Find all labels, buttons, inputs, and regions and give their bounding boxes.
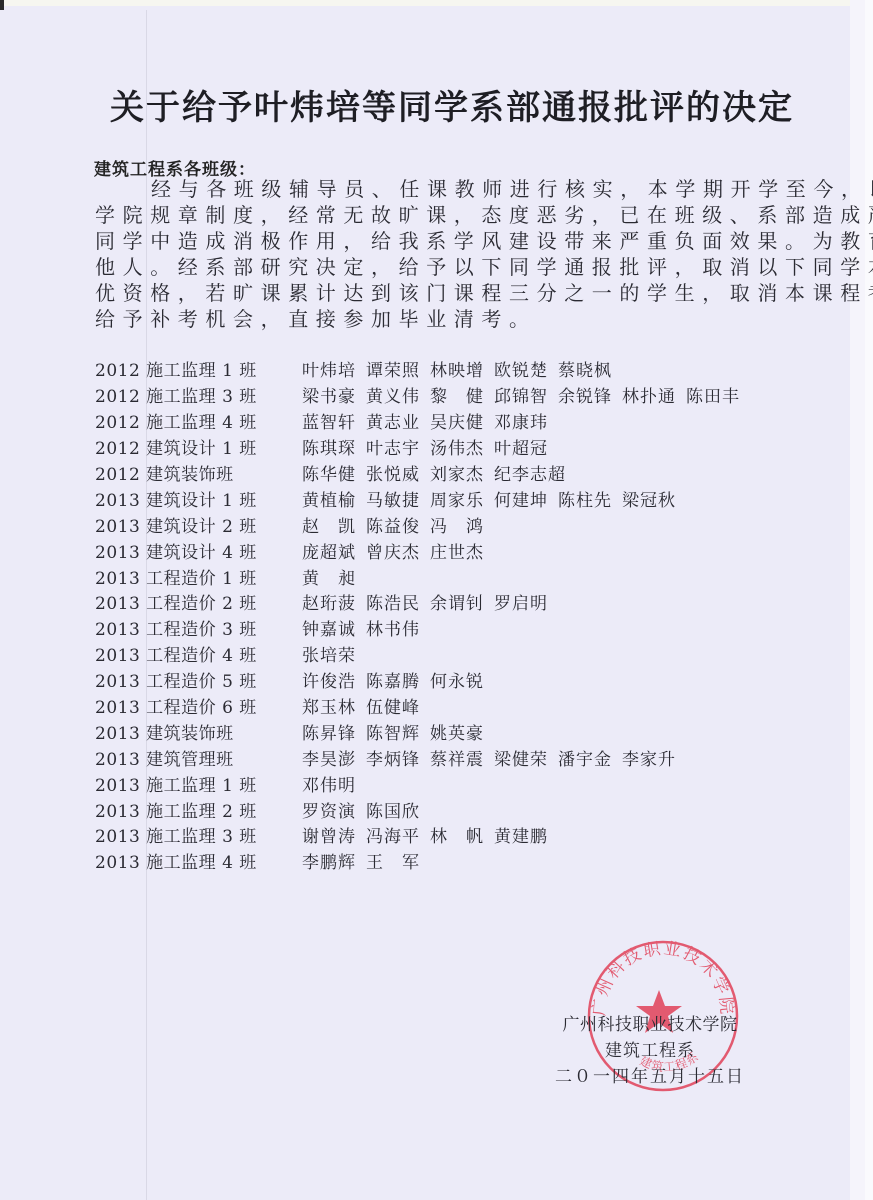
- roster-row: 2013 建筑设计 4 班庞超斌曾庆杰庄世杰: [95, 537, 815, 563]
- student-names: 陈华健张悦威刘家杰纪李志超: [302, 460, 566, 485]
- student-names: 赵珩菠陈浩民余谓钊罗启明: [302, 589, 548, 614]
- student-name: 梁冠秋: [622, 486, 676, 511]
- student-name: 蓝智轩: [302, 408, 356, 433]
- class-name: 2013 工程造价 3 班: [95, 615, 302, 640]
- student-name: 王 军: [366, 848, 420, 873]
- class-name: 2013 工程造价 5 班: [95, 667, 302, 692]
- student-name: 欧锐楚: [494, 356, 548, 381]
- class-name: 2013 工程造价 6 班: [95, 693, 302, 718]
- class-name: 2013 建筑设计 2 班: [95, 512, 302, 537]
- student-names: 陈昇锋陈智辉姚英豪: [302, 719, 484, 744]
- class-name: 2013 工程造价 1 班: [95, 564, 302, 589]
- student-name: 刘家杰: [430, 460, 484, 485]
- student-name: 潘宇金: [558, 745, 612, 770]
- student-name: 黎 健: [430, 382, 484, 407]
- student-name: 邓伟明: [302, 771, 356, 796]
- student-name: 林扑通: [622, 382, 676, 407]
- student-name: 何建坤: [494, 486, 548, 511]
- student-names: 谢曾涛冯海平林 帆黄建鹏: [302, 822, 548, 847]
- class-name: 2013 工程造价 4 班: [95, 641, 302, 666]
- roster-row: 2013 施工监理 4 班李鹏辉王 军: [95, 848, 815, 874]
- class-name: 2013 施工监理 2 班: [95, 797, 302, 822]
- student-name: 陈益俊: [366, 512, 420, 537]
- student-name: 纪李志超: [494, 460, 566, 485]
- class-name: 2013 建筑设计 1 班: [95, 486, 302, 511]
- student-name: 曾庆杰: [366, 538, 420, 563]
- student-names: 钟嘉诚林书伟: [302, 615, 420, 640]
- student-name: 邱锦智: [494, 382, 548, 407]
- roster-row: 2013 工程造价 6 班郑玉林伍健峰: [95, 693, 815, 719]
- class-name: 2012 建筑装饰班: [95, 460, 302, 485]
- student-name: 余谓钊: [430, 589, 484, 614]
- student-name: 黄建鹏: [494, 822, 548, 847]
- student-names: 张培荣: [302, 641, 356, 666]
- student-name: 汤伟杰: [430, 434, 484, 459]
- body-line: 同学中造成消极作用，给我系学风建设带来严重负面效果。为教育本人，警示: [95, 228, 785, 254]
- student-name: 林书伟: [366, 615, 420, 640]
- student-names: 梁书豪黄义伟黎 健邱锦智余锐锋林扑通陈田丰: [302, 382, 740, 407]
- student-name: 陈浩民: [366, 589, 420, 614]
- signature-organization: 广州科技职业技术学院: [530, 1012, 770, 1038]
- student-names: 叶炜培谭荣照林映增欧锐楚蔡晓枫: [302, 356, 612, 381]
- student-names: 黄植榆马敏捷周家乐何建坤陈柱先梁冠秋: [302, 486, 676, 511]
- student-name: 黄植榆: [302, 486, 356, 511]
- roster-row: 2012 建筑装饰班陈华健张悦威刘家杰纪李志超: [95, 460, 815, 486]
- roster-row: 2013 工程造价 4 班张培荣: [95, 641, 815, 667]
- signature-department: 建筑工程系: [530, 1038, 770, 1064]
- roster-row: 2013 施工监理 2 班罗资演陈国欣: [95, 796, 815, 822]
- class-name: 2012 建筑设计 1 班: [95, 434, 302, 459]
- roster-row: 2012 建筑设计 1 班陈琪琛叶志宇汤伟杰叶超冠: [95, 434, 815, 460]
- student-name: 马敏捷: [366, 486, 420, 511]
- student-name: 陈田丰: [686, 382, 740, 407]
- class-name: 2012 施工监理 3 班: [95, 382, 302, 407]
- student-names: 罗资演陈国欣: [302, 797, 420, 822]
- student-name: 庄世杰: [430, 538, 484, 563]
- class-name: 2013 建筑装饰班: [95, 719, 302, 744]
- student-name: 周家乐: [430, 486, 484, 511]
- student-name: 黄 昶: [302, 564, 356, 589]
- student-names: 赵 凯陈益俊冯 鸿: [302, 512, 484, 537]
- student-name: 吴庆健: [430, 408, 484, 433]
- student-name: 蔡晓枫: [558, 356, 612, 381]
- class-name: 2013 施工监理 1 班: [95, 771, 302, 796]
- roster-row: 2013 工程造价 3 班钟嘉诚林书伟: [95, 615, 815, 641]
- roster-row: 2013 施工监理 1 班邓伟明: [95, 770, 815, 796]
- roster-row: 2013 工程造价 5 班许俊浩陈嘉腾何永锐: [95, 667, 815, 693]
- student-roster: 2012 施工监理 1 班叶炜培谭荣照林映增欧锐楚蔡晓枫2012 施工监理 3 …: [95, 356, 815, 874]
- student-name: 林 帆: [430, 822, 484, 847]
- student-names: 李鹏辉王 军: [302, 848, 420, 873]
- student-name: 陈国欣: [366, 797, 420, 822]
- class-name: 2013 建筑设计 4 班: [95, 538, 302, 563]
- student-name: 叶志宇: [366, 434, 420, 459]
- student-name: 郑玉林: [302, 693, 356, 718]
- student-name: 许俊浩: [302, 667, 356, 692]
- class-name: 2013 施工监理 3 班: [95, 822, 302, 847]
- student-name: 冯海平: [366, 822, 420, 847]
- student-names: 蓝智轩黄志业吴庆健邓康玮: [302, 408, 548, 433]
- student-name: 赵珩菠: [302, 589, 356, 614]
- student-name: 伍健峰: [366, 693, 420, 718]
- svg-text:广州科技职业技术学院: 广州科技职业技术学院: [589, 939, 736, 1017]
- student-name: 林映增: [430, 356, 484, 381]
- student-name: 蔡祥震: [430, 745, 484, 770]
- student-name: 梁书豪: [302, 382, 356, 407]
- student-name: 李炳锋: [366, 745, 420, 770]
- body-line: 优资格，若旷课累计达到该门课程三分之一的学生，取消本课程考试资格，不: [95, 280, 785, 306]
- student-name: 余锐锋: [558, 382, 612, 407]
- roster-row: 2012 施工监理 3 班梁书豪黄义伟黎 健邱锦智余锐锋林扑通陈田丰: [95, 382, 815, 408]
- body-line: 经与各班级辅导员、任课教师进行核实，本学期开学至今，以下同学无视: [95, 176, 785, 202]
- student-name: 陈琪琛: [302, 434, 356, 459]
- body-line: 他人。经系部研究决定，给予以下同学通报批评，取消以下同学本学期评奖评: [95, 254, 785, 280]
- student-name: 黄志业: [366, 408, 420, 433]
- student-names: 许俊浩陈嘉腾何永锐: [302, 667, 484, 692]
- class-name: 2013 工程造价 2 班: [95, 589, 302, 614]
- roster-row: 2013 建筑装饰班陈昇锋陈智辉姚英豪: [95, 718, 815, 744]
- student-name: 冯 鸿: [430, 512, 484, 537]
- student-name: 李昊澎: [302, 745, 356, 770]
- student-name: 庞超斌: [302, 538, 356, 563]
- student-name: 张培荣: [302, 641, 356, 666]
- student-names: 陈琪琛叶志宇汤伟杰叶超冠: [302, 434, 548, 459]
- roster-row: 2013 工程造价 2 班赵珩菠陈浩民余谓钊罗启明: [95, 589, 815, 615]
- student-names: 郑玉林伍健峰: [302, 693, 420, 718]
- body-line: 给予补考机会，直接参加毕业清考。: [95, 306, 785, 332]
- student-name: 谢曾涛: [302, 822, 356, 847]
- student-name: 梁健荣: [494, 745, 548, 770]
- class-name: 2013 施工监理 4 班: [95, 848, 302, 873]
- student-name: 陈昇锋: [302, 719, 356, 744]
- seal-ring-text: 广州科技职业技术学院: [589, 939, 736, 1017]
- student-name: 罗启明: [494, 589, 548, 614]
- roster-row: 2013 建筑设计 2 班赵 凯陈益俊冯 鸿: [95, 511, 815, 537]
- signature-block: 广州科技职业技术学院 建筑工程系 二０一四年五月十五日: [530, 1012, 770, 1090]
- student-name: 钟嘉诚: [302, 615, 356, 640]
- scan-top-edge: [0, 0, 873, 6]
- student-name: 张悦威: [366, 460, 420, 485]
- student-names: 李昊澎李炳锋蔡祥震梁健荣潘宇金李家升: [302, 745, 676, 770]
- body-line: 学院规章制度，经常无故旷课，态度恶劣，已在班级、系部造成严重影响，在: [95, 202, 785, 228]
- student-name: 赵 凯: [302, 512, 356, 537]
- student-names: 邓伟明: [302, 771, 356, 796]
- student-name: 陈嘉腾: [366, 667, 420, 692]
- roster-row: 2013 建筑管理班李昊澎李炳锋蔡祥震梁健荣潘宇金李家升: [95, 744, 815, 770]
- student-name: 何永锐: [430, 667, 484, 692]
- student-names: 黄 昶: [302, 564, 356, 589]
- roster-row: 2012 施工监理 1 班叶炜培谭荣照林映增欧锐楚蔡晓枫: [95, 356, 815, 382]
- class-name: 2012 施工监理 1 班: [95, 356, 302, 381]
- student-name: 李鹏辉: [302, 848, 356, 873]
- student-name: 罗资演: [302, 797, 356, 822]
- student-name: 陈柱先: [558, 486, 612, 511]
- roster-row: 2013 工程造价 1 班黄 昶: [95, 563, 815, 589]
- roster-row: 2012 施工监理 4 班蓝智轩黄志业吴庆健邓康玮: [95, 408, 815, 434]
- student-name: 姚英豪: [430, 719, 484, 744]
- student-names: 庞超斌曾庆杰庄世杰: [302, 538, 484, 563]
- body-paragraph: 经与各班级辅导员、任课教师进行核实，本学期开学至今，以下同学无视 学院规章制度，…: [95, 176, 785, 332]
- document-title: 关于给予叶炜培等同学系部通报批评的决定: [110, 80, 770, 129]
- roster-row: 2013 施工监理 3 班谢曾涛冯海平林 帆黄建鹏: [95, 822, 815, 848]
- scan-corner: [0, 0, 4, 10]
- student-name: 黄义伟: [366, 382, 420, 407]
- student-name: 陈华健: [302, 460, 356, 485]
- class-name: 2013 建筑管理班: [95, 745, 302, 770]
- class-name: 2012 施工监理 4 班: [95, 408, 302, 433]
- signature-date: 二０一四年五月十五日: [530, 1064, 770, 1090]
- student-name: 谭荣照: [366, 356, 420, 381]
- student-name: 叶超冠: [494, 434, 548, 459]
- roster-row: 2013 建筑设计 1 班黄植榆马敏捷周家乐何建坤陈柱先梁冠秋: [95, 485, 815, 511]
- student-name: 邓康玮: [494, 408, 548, 433]
- student-name: 李家升: [622, 745, 676, 770]
- student-name: 叶炜培: [302, 356, 356, 381]
- student-name: 陈智辉: [366, 719, 420, 744]
